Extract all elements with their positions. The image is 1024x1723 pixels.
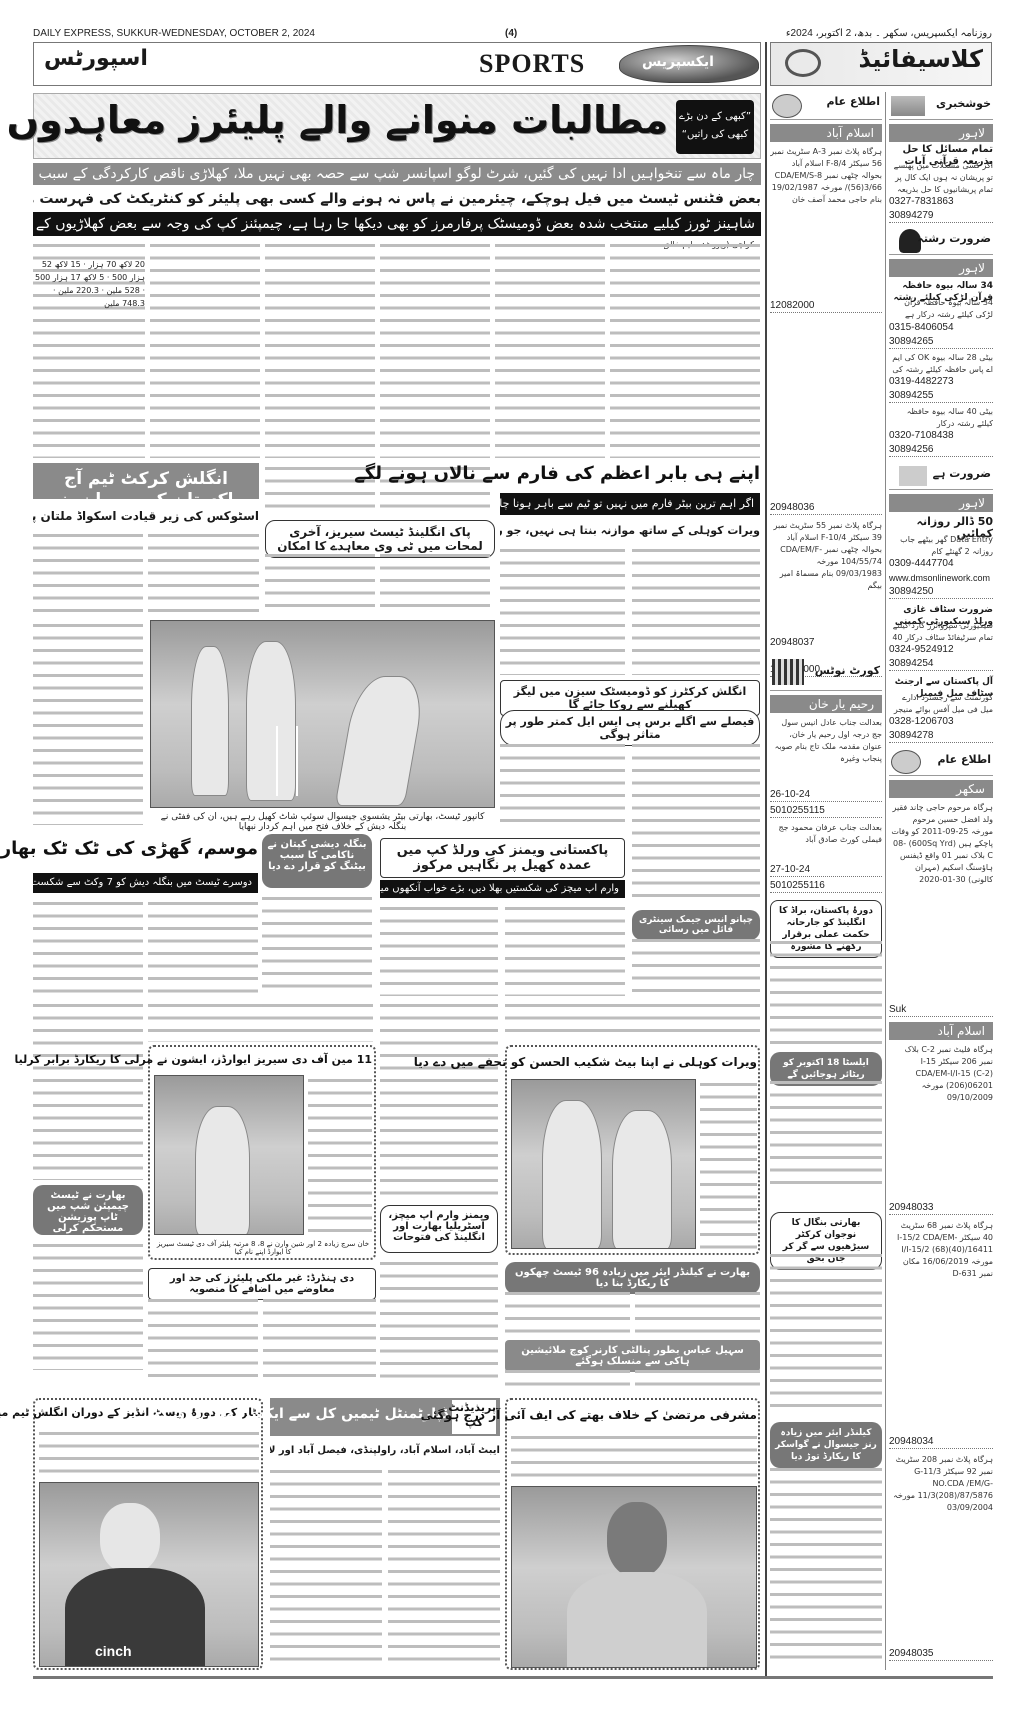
- mashrafe-shirt: [567, 1572, 707, 1668]
- babar-form-subhead: اگر اہم ترین بیٹر فارم میں نہیں تو ٹیم س…: [500, 493, 760, 515]
- women-warmups-headline: ویمنز وارم اپ میچز، آسٹریلیا بھارت اور ا…: [380, 1205, 498, 1253]
- edition-line-urdu: روزنامہ ایکسپریس، سکھر ۔ بدھ، 2 اکتوبر، …: [786, 28, 992, 39]
- public-notice-header: اطلاع عام: [770, 92, 882, 120]
- kanpur-test-photo: [150, 620, 495, 808]
- kohli-figure: [542, 1100, 602, 1249]
- bangladesh-captain-headline: بنگلہ دیشی کپتان نے ناکامی کا سبب بیٹنگ …: [262, 834, 372, 888]
- babar-form-column-1: [632, 545, 760, 675]
- india-bangladesh-continued: [33, 1000, 143, 1180]
- megaphone-icon: [772, 94, 802, 118]
- marriage-ad-2-phone[interactable]: 0319-4482273: [889, 376, 993, 388]
- england-team-column-1: [148, 530, 259, 615]
- court-notice-1-date: 26-10-24: [770, 789, 882, 802]
- sports-masthead: اسپورٹس SPORTS ایکسپریس: [33, 42, 761, 86]
- sponsor-text: cinch: [95, 1643, 132, 1659]
- court-notice-2-date: 27-10-24: [770, 864, 882, 877]
- india-96-sixes-column-1: [635, 1288, 760, 1336]
- islamabad-notice-3-body: ہرگاہ پلاٹ نمبر 208 سٹریٹ نمبر 92 سیکٹر …: [889, 1454, 993, 1644]
- islamabad-notice-2-ref: 20948034: [889, 1436, 993, 1449]
- classified-divider: [885, 92, 886, 1670]
- wanted-title: ضرورت ہے: [933, 468, 991, 480]
- staff-ad-phone[interactable]: 0328-1206703: [889, 716, 993, 728]
- classified-masthead: کلاسیفائیڈ: [770, 42, 992, 86]
- section-title-english: SPORTS: [479, 49, 585, 79]
- notice-2-ref: 20948037: [770, 637, 882, 649]
- good-news-header: خوشخبری: [889, 92, 993, 120]
- mashrafe-photo: [511, 1486, 757, 1668]
- ashwin-photo: [154, 1075, 304, 1235]
- city-lahore-3: لاہور: [889, 494, 993, 512]
- broad-advice-column: [770, 937, 882, 1047]
- presidents-cup-headline: ڈپارٹمنٹل ٹیمیں کل سے ایکشن میں ہوں گی: [146, 1406, 448, 1422]
- islamabad-notice-1-body: ہرگاہ فلیٹ نمبر C-2 بلاک نمبر 206 سیکٹر …: [889, 1044, 993, 1194]
- babar-form-headline: اپنے ہی بابر اعظم کی فارم سے نالاں ہونے …: [500, 463, 760, 484]
- english-leagues-column-2: [500, 740, 625, 828]
- mashrafe-headline: مشرفی مرتضیٰ کے خلاف بھتے کی ایف آئی آر …: [509, 1408, 757, 1422]
- wanted-header: ضرورت ہے: [889, 462, 993, 490]
- books-icon: [891, 96, 925, 116]
- pak-eng-tv-column-2: [265, 550, 375, 615]
- england-team-subhead: اسٹوکس کی زیر قیادت اسکواڈ ملتان پہنچے گ…: [33, 505, 259, 527]
- ashwin-story-frame: 11 مین آف دی سیریز ایوارڈز، ایشون نے مرل…: [148, 1045, 376, 1260]
- champions-final-column: [632, 935, 760, 995]
- fielder-figure: [191, 646, 229, 796]
- mashrafe-story-frame: مشرفی مرتضیٰ کے خلاف بھتے کی ایف آئی آر …: [505, 1398, 760, 1670]
- classifieds-left-column: اطلاع عام اسلام آباد ہرگاہ پلاٹ نمبر 3-A…: [770, 92, 882, 1672]
- marriage-ad-2-ref: 30894255: [889, 390, 993, 403]
- kohli-shakib-frame: ویرات کوہلی نے اپنا بیٹ شکیب الحسن کو تح…: [505, 1045, 760, 1255]
- quranic-ad-phone[interactable]: 0327-7831863: [889, 196, 993, 208]
- security-ad-phone[interactable]: 0324-9524912: [889, 644, 993, 656]
- lead-column-6: [150, 240, 260, 458]
- india-bangladesh-column-1: [148, 898, 258, 996]
- india-bangladesh-subhead: دوسرے ٹیسٹ میں بنگلہ دیش کو 7 وکٹ سے شکس…: [33, 873, 258, 893]
- bangladesh-captain-column: [262, 893, 372, 996]
- desk-icon: [899, 466, 927, 486]
- hundred-column-1: [263, 1295, 376, 1380]
- city-lahore-1: لاہور: [889, 124, 993, 142]
- quranic-ad-body: اگر کسی مشکلات میں پھنسے تو پریشان نہ ہو…: [889, 160, 993, 196]
- buttler-photo: cinch: [39, 1482, 259, 1667]
- lead-strap-2: بعض فٹنس ٹیسٹ میں فیل ہوچکے، چیئرمین نے …: [33, 188, 761, 210]
- ashwin-figure: [195, 1106, 250, 1235]
- pak-women-wc-subhead: وارم اپ میچز کی شکستیں بھلا دیں، بڑے خوا…: [380, 880, 625, 898]
- marriage-ad-3-phone[interactable]: 0320-7108438: [889, 430, 993, 442]
- presidents-cup-column-1: [388, 1466, 500, 1666]
- column-divider: [765, 42, 767, 1676]
- city-lahore-2: لاہور: [889, 259, 993, 277]
- court-notice-title: کورٹ نوٹس: [815, 665, 880, 677]
- england-team-headline: انگلش کرکٹ ٹیم آج پاکستان کی مہمان بنے گ…: [33, 463, 259, 499]
- lead-figures: 20 لاکھ 70 ہزار · 15 لاکھ 52 ہزار 500 · …: [33, 258, 145, 310]
- lead-column-5: [265, 240, 375, 458]
- staff-ad-ref: 30894278: [889, 730, 993, 743]
- presidents-cup-column-2: [270, 1466, 382, 1666]
- mashrafe-column: [511, 1432, 757, 1482]
- dollar-ad-phone[interactable]: 0309-4447704: [889, 558, 993, 570]
- quranic-ad-ref: 30894279: [889, 210, 993, 223]
- islamabad-notice-3-ref: 20948035: [889, 1648, 993, 1661]
- india-bangladesh-column-2: [33, 898, 143, 996]
- presidents-cup-subhead: ایبٹ آباد، اسلام آباد، راولپنڈی، فیصل آب…: [270, 1440, 500, 1462]
- hundred-column-2: [148, 1295, 258, 1380]
- notice-1-date: 12082000: [770, 300, 882, 313]
- dollar-ad-website[interactable]: www.dmsonlinework.com: [889, 572, 993, 584]
- buttler-column: [39, 1428, 259, 1478]
- babar-form-column-2: [500, 545, 625, 675]
- court-notice-2-ref: 5010255116: [770, 880, 882, 893]
- magnifier-icon: [785, 49, 821, 77]
- marriage-ad-1-ref: 30894265: [889, 336, 993, 349]
- english-leagues-column-1: [632, 740, 760, 905]
- marriage-ad-3-body: بیٹی 40 سالہ بیوہ حافظہ کیلئے رشتہ درکار: [889, 406, 993, 430]
- lead-column-3: [495, 240, 605, 458]
- sukkur-notice-header: اطلاع عام: [889, 748, 993, 776]
- good-news-title: خوشخبری: [936, 98, 991, 110]
- pak-women-wc-continued: [380, 1000, 498, 1200]
- security-ad-body: سیکیورٹی سپروائزر گارڈ کیلئے تمام سرٹیفا…: [889, 620, 993, 644]
- anderson-retire-column: [770, 1077, 882, 1187]
- lead-strap-3: شاہینز ٹورز کیلیے منتخب شدہ بعض ڈومیسٹک …: [33, 212, 761, 236]
- sohail-abbas-column-2: [505, 1366, 630, 1394]
- express-globe-logo: ایکسپریس: [619, 45, 759, 83]
- pak-eng-tv-column-1: [380, 550, 490, 615]
- kanpur-photo-caption: کانپور ٹیسٹ، بھارتی بیٹر یشسوی جیسوال سو…: [150, 812, 495, 832]
- sukkur-notice-ref: Suk: [889, 1004, 993, 1017]
- kohli-shakib-column: [700, 1079, 757, 1249]
- marriage-ad-1-phone[interactable]: 0315-8406054: [889, 322, 993, 334]
- stumps: [276, 726, 298, 796]
- jaiswal-record-headline: کیلنڈر ایئر میں زیادہ رنز جیسوال نے گواس…: [770, 1422, 882, 1468]
- pak-women-wc-column-2: [380, 903, 498, 996]
- mashrafe-head: [607, 1502, 667, 1577]
- champions-final-continued: [505, 1000, 760, 1040]
- page-number: (4): [505, 28, 517, 39]
- marriage-ad-3-ref: 30894256: [889, 444, 993, 457]
- dollar-ad-ref: 30894250: [889, 586, 993, 599]
- ashwin-column: [308, 1075, 372, 1235]
- notice-1-text: ہرگاہ پلاٹ نمبر 3-A سٹریٹ نمبر 56 سیکٹر …: [770, 146, 882, 296]
- lead-strap-1: چار ماہ سے تنخواہیں ادا نہیں کی گئیں، شر…: [33, 163, 761, 185]
- kohli-shakib-headline: ویرات کوہلی نے اپنا بیٹ شکیب الحسن کو تح…: [509, 1055, 757, 1069]
- india-wtc-headline: بھارت نے ٹیسٹ چیمپئن شپ میں ٹاپ پوزیشن م…: [33, 1185, 143, 1235]
- bangladesh-captain-continued: [148, 1000, 373, 1042]
- pak-women-wc-headline: پاکستانی ویمنز کی ورلڈ کپ میں عمدہ کھیل …: [380, 838, 625, 878]
- bengal-cricketer-column: [770, 1250, 882, 1415]
- marriage-title: ضرورت رشتہ: [917, 233, 991, 245]
- court-notice-1-ref: 5010255115: [770, 805, 882, 818]
- city-islamabad: اسلام آباد: [770, 124, 882, 142]
- lead-headline: مطالبات منوانے والے پلیئرز معاہدوں کو تر…: [0, 98, 668, 142]
- edition-line-english: DAILY EXPRESS, SUKKUR-WEDNESDAY, OCTOBER…: [33, 28, 315, 39]
- court-notice-1-text: بعدالت جناب عادل انیس سول جج درجہ اول رح…: [770, 717, 882, 787]
- marriage-header: ضرورت رشتہ: [889, 227, 993, 255]
- lead-column-2: [610, 240, 760, 458]
- india-wtc-column: [33, 1240, 143, 1370]
- courthouse-icon: [772, 659, 804, 685]
- megaphone-icon-2: [891, 750, 921, 774]
- marriage-ad-2-body: بیٹی 28 سالہ بیوہ OK کی ایم اے پاس حافظہ…: [889, 352, 993, 376]
- shakib-figure: [612, 1110, 672, 1249]
- buttler-jacket: [65, 1568, 205, 1667]
- public-notice-title: اطلاع عام: [826, 96, 880, 108]
- pak-women-wc-column-1: [505, 903, 625, 996]
- dollar-ad-body: Data Entry گھر بیٹھے جاب روزانہ 2 گھنٹے …: [889, 534, 993, 558]
- england-team-column-continued: [33, 620, 143, 825]
- classified-title: کلاسیفائیڈ: [858, 45, 983, 73]
- logo-text: ایکسپریس: [642, 54, 714, 70]
- babar-form-subhead-2: ویرات کوہلی کے ساتھ موازنہ بنتا ہی نہیں،…: [500, 520, 760, 542]
- india-bangladesh-headline: موسم، گھڑی کی ٹک ٹک بھارتی قدم نہ روک سک…: [33, 838, 258, 859]
- ashwin-caption: خان سرچ زیادہ 2 اور شین وارن نے 8، 8 مرت…: [154, 1240, 372, 1256]
- buttler-story-frame: بٹلر کی دورۂ ویسٹ انڈیز کے دوران انگلش ٹ…: [33, 1398, 263, 1670]
- security-ad-ref: 30894254: [889, 658, 993, 671]
- sukkur-notice-body: ہرگاہ مرحوم حاجی چاند فقیر ولد افضل حسین…: [889, 802, 993, 1002]
- page-bottom-rule: [33, 1676, 993, 1679]
- islamabad-notice-1-ref: 20948033: [889, 1202, 993, 1215]
- staff-ad-body: گورنمنٹ سے رجسٹرڈ ادارے میل فی میل آفس ب…: [889, 692, 993, 716]
- kohli-shakib-photo: [511, 1079, 696, 1249]
- lead-banner: ”کبھی کے دن بڑے کبھی کی راتیں“ مطالبات م…: [33, 93, 761, 159]
- court-notice-2-text: بعدالت جناب عرفان محمود جج فیملی کورٹ صا…: [770, 822, 882, 862]
- india-96-sixes-column-2: [505, 1288, 630, 1336]
- city-sukkur: سکھر: [889, 780, 993, 798]
- section-title-urdu: اسپورٹس: [44, 46, 148, 71]
- city-islamabad-2: اسلام آباد: [889, 1022, 993, 1040]
- marriage-ad-1-body: 34 سالہ بیوہ حافظہ قرآن لڑکی کیلئے رشتہ …: [889, 297, 993, 321]
- classifieds-right-column: خوشخبری لاہور تمام مسائل کا حل بذریعہ قر…: [889, 92, 993, 1672]
- sukkur-notice-title: اطلاع عام: [937, 754, 991, 766]
- court-notice-header: کورٹ نوٹس: [770, 655, 882, 691]
- england-team-column-2: [33, 530, 143, 615]
- buttler-head: [100, 1503, 160, 1573]
- jaiswal-record-column: [770, 1464, 882, 1664]
- lead-column-4: [380, 240, 490, 458]
- ashwin-headline: 11 مین آف دی سیریز ایوارڈز، ایشون نے مرل…: [152, 1053, 372, 1066]
- sohail-abbas-column-1: [635, 1366, 760, 1394]
- islamabad-notice-2-body: ہرگاہ پلاٹ نمبر 68 سٹریٹ 40 سیکٹر I-15/2…: [889, 1220, 993, 1430]
- women-warmups-column: [380, 1258, 498, 1378]
- quote-box: ”کبھی کے دن بڑے کبھی کی راتیں“: [676, 100, 754, 154]
- batsman-figure: [335, 676, 428, 806]
- city-rahim-yar-khan: رحیم یار خان: [770, 695, 882, 713]
- notice-1-ref: 20948036: [770, 502, 882, 515]
